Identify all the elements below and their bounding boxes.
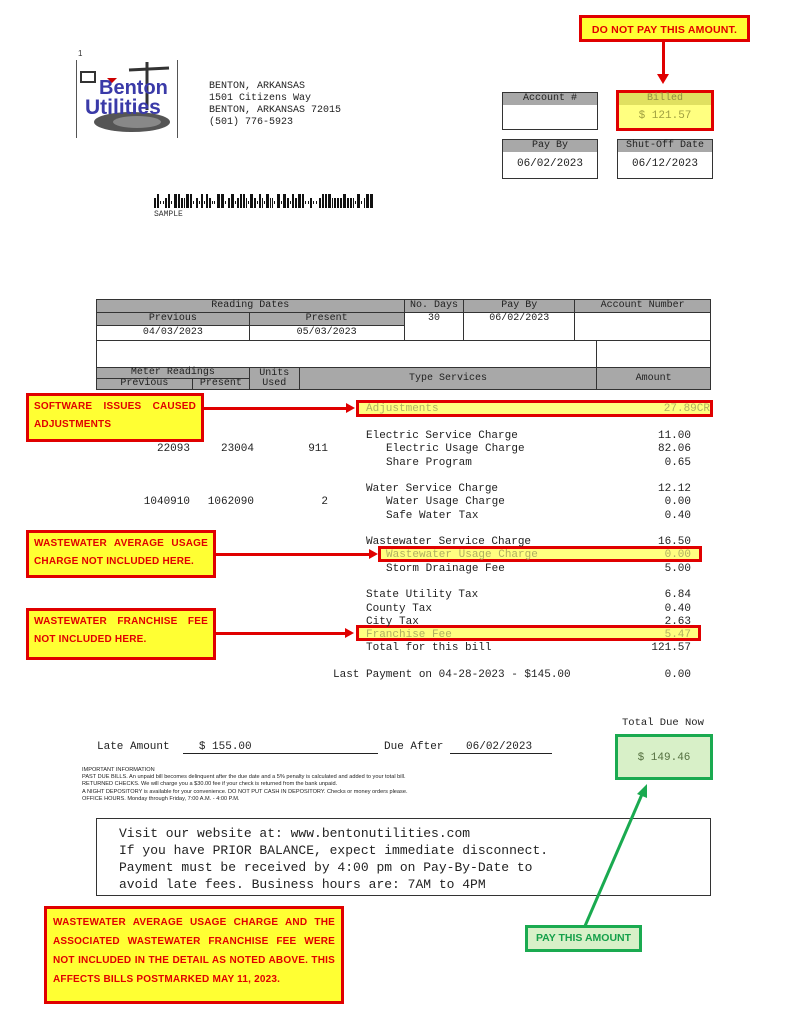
callout-arrow-line (204, 407, 347, 410)
charge-description: Franchise Fee (366, 629, 452, 642)
barcode-icon (154, 194, 376, 208)
previous-date-value: 04/03/2023 (97, 326, 250, 341)
arrow-down-icon (657, 74, 669, 84)
callout-arrow-line (216, 632, 346, 635)
charge-amount: 0.65 (611, 457, 691, 470)
callout-arrow-line (662, 42, 665, 76)
late-amount-value: $ 155.00 (183, 741, 378, 754)
charge-description: Total for this bill (366, 642, 491, 655)
charge-description: Electric Service Charge (366, 430, 518, 443)
charge-amount: 11.00 (611, 430, 691, 443)
no-days-header: No. Days (404, 300, 464, 313)
account-number-header: Account Number (575, 300, 711, 313)
account-number-value (575, 313, 711, 341)
do-not-pay-callout: DO NOT PAY THIS AMOUNT. (579, 15, 750, 42)
charge-amount: 0.00 (611, 496, 691, 509)
utility-address: BENTON, ARKANSAS 1501 Citizens Way BENTO… (209, 81, 341, 129)
charge-description: Safe Water Tax (386, 510, 478, 523)
pay-by-value: 06/02/2023 (464, 313, 575, 341)
franchise-fee-callout: WASTEWATER FRANCHISE FEE NOT INCLUDED HE… (26, 608, 216, 660)
late-amount-row: Late Amount $ 155.00 (97, 741, 378, 754)
account-number-box: Account # (502, 92, 598, 130)
summary-note-callout: WASTEWATER AVERAGE USAGE CHARGE AND THE … (44, 906, 344, 1004)
charge-amount: 5.00 (611, 563, 691, 576)
pay-by-header: Pay By (464, 300, 575, 313)
charge-description: Adjustments (366, 403, 439, 416)
units-used-header: UnitsUsed (249, 368, 299, 390)
charge-description: State Utility Tax (366, 589, 478, 602)
reading-dates-table: Reading Dates No. Days Pay By Account Nu… (96, 299, 711, 390)
charge-description: Wastewater Usage Charge (386, 549, 538, 562)
present-date-header: Present (249, 313, 404, 326)
charge-amount: 12.12 (611, 483, 691, 496)
arrow-right-icon (345, 628, 354, 638)
amount-header: Amount (597, 368, 711, 390)
charge-description: Water Usage Charge (386, 496, 505, 509)
charge-amount: 5.47 (611, 629, 691, 642)
charge-amount: 6.84 (611, 589, 691, 602)
shut-off-date-box: Shut-Off Date 06/12/2023 (617, 139, 713, 179)
due-after-row: Due After 06/02/2023 (384, 741, 552, 754)
charge-amount: 2.63 (611, 616, 691, 629)
pay-this-amount-callout: PAY THIS AMOUNT (525, 925, 642, 952)
charge-amount: 16.50 (611, 536, 691, 549)
meter-readings-header: Meter Readings (97, 368, 250, 379)
total-due-box: $ 149.46 (615, 734, 713, 780)
charge-amount: 27.89CR (630, 403, 710, 416)
due-after-value: 06/02/2023 (450, 741, 552, 754)
charge-amount: 0.00 (611, 549, 691, 562)
callout-arrow-line (216, 553, 370, 556)
charge-description: City Tax (366, 616, 419, 629)
important-information: IMPORTANT INFORMATION PAST DUE BILLS. An… (82, 767, 562, 803)
charge-description: Last Payment on 04-28-2023 - $145.00 (333, 669, 571, 682)
arrow-right-icon (346, 403, 355, 413)
software-issues-callout: SOFTWARE ISSUES CAUSED ADJUSTMENTS (26, 393, 204, 442)
charge-amount: 0.40 (611, 603, 691, 616)
charge-description: Storm Drainage Fee (386, 563, 505, 576)
units-used: 2 (248, 496, 328, 509)
charge-description: County Tax (366, 603, 432, 616)
total-due-label: Total Due Now (622, 717, 704, 729)
charge-amount: 82.06 (611, 443, 691, 456)
type-services-header: Type Services (299, 368, 596, 390)
reading-dates-header: Reading Dates (97, 300, 405, 313)
svg-text:Utilities: Utilities (85, 96, 161, 119)
present-date-value: 05/03/2023 (249, 326, 404, 341)
charge-description: Share Program (386, 457, 472, 470)
previous-date-header: Previous (97, 313, 250, 326)
charge-description: Water Service Charge (366, 483, 498, 496)
page-marker: 1 (78, 49, 82, 58)
blank-row (97, 341, 597, 368)
billed-amount-box: Billed $ 121.57 (616, 90, 714, 131)
wastewater-usage-callout: WASTEWATER AVERAGE USAGE CHARGE NOT INCL… (26, 530, 216, 578)
logo-graphic-icon: Benton Utilities (77, 60, 177, 138)
barcode-label: SAMPLE (154, 210, 183, 219)
charge-description: Electric Usage Charge (386, 443, 525, 456)
meter-present-reading: 1062090 (174, 496, 254, 509)
arrow-up-right-icon (575, 780, 655, 928)
postal-barcode (154, 194, 376, 208)
benton-utilities-logo: Benton Utilities (76, 60, 178, 138)
charge-amount: 0.00 (611, 669, 691, 682)
no-days-value: 30 (404, 313, 464, 341)
blank-amount-cell (597, 341, 711, 368)
meter-previous-header: Previous (97, 379, 193, 390)
meter-present-header: Present (192, 379, 249, 390)
meter-present-reading: 23004 (174, 443, 254, 456)
charge-description: Wastewater Service Charge (366, 536, 531, 549)
charge-amount: 121.57 (611, 642, 691, 655)
pay-by-box: Pay By 06/02/2023 (502, 139, 598, 179)
charge-amount: 0.40 (611, 510, 691, 523)
units-used: 911 (248, 443, 328, 456)
arrow-right-icon (369, 549, 378, 559)
